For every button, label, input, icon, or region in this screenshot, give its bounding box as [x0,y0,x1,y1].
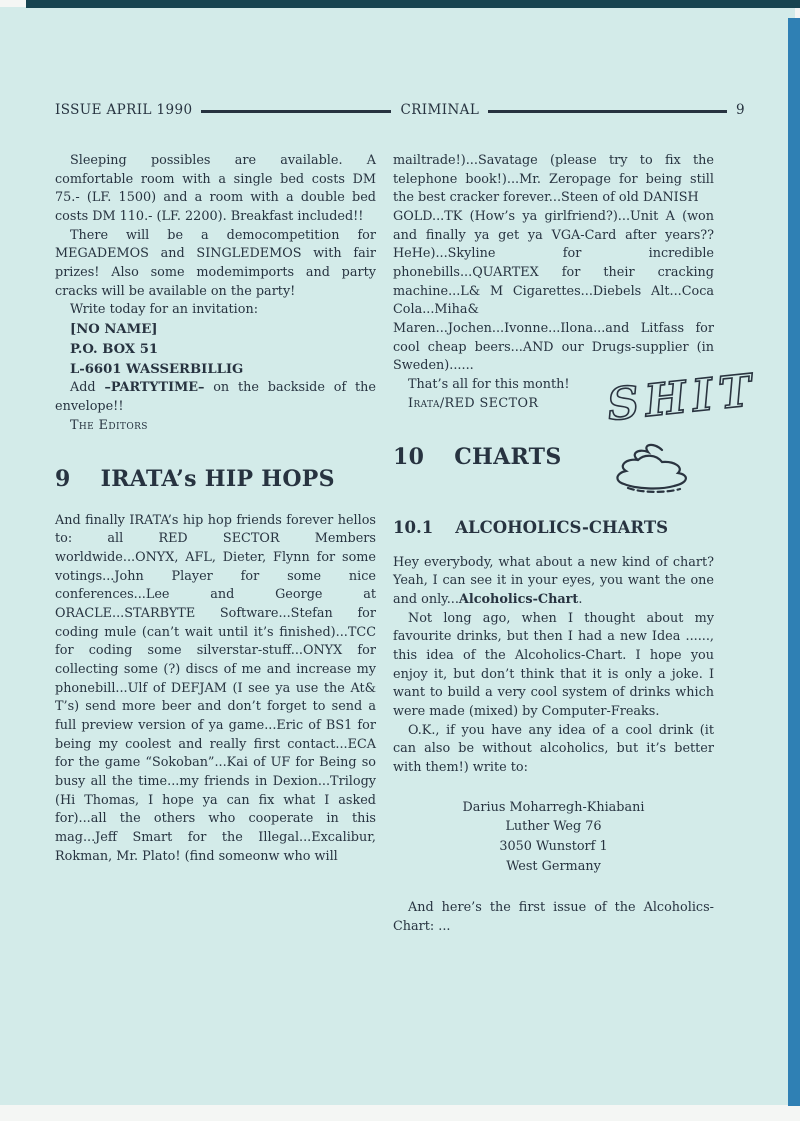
header-rule-left [201,110,391,113]
section-heading-hiphops: 9IRATA’s HIP HOPS [55,463,376,495]
section-number: 9 [55,466,71,492]
section-title: IRATA’s HIP HOPS [101,466,335,492]
charts-section-title: CHARTS [454,444,561,470]
running-header: ISSUE APRIL 1990 CRIMINAL 9 [55,102,745,118]
address-line-city: L-6601 WASSERBILLIG [70,360,376,380]
paragraph-ok-write-to: O.K., if you have any idea of a cool dri… [393,722,714,778]
address-line-name: [NO NAME] [70,320,376,340]
mail-address-name: Darius Moharregh-Khiabani [393,798,714,818]
paragraph-democompetition: There will be a democompetition for MEGA… [55,227,376,302]
header-magazine-title: CRIMINAL [400,102,479,118]
page-top-edge-bar [26,0,800,8]
shit-graffiti-text: SHIT [605,365,760,431]
page-right-edge-strip [788,18,800,1106]
page-content: ISSUE APRIL 1990 CRIMINAL 9 Sleeping pos… [55,102,715,936]
paragraph-sleeping: Sleeping possibles are available. A comf… [55,152,376,227]
paragraph-hiphop-greetings: And finally IRATA’s hip hop friends fore… [55,512,376,867]
header-issue-label: ISSUE APRIL 1990 [55,102,192,118]
alcochart-bold: Alcoholics-Chart [459,592,578,607]
header-rule-right [488,110,727,113]
party-address-block: [NO NAME] P.O. BOX 51 L-6601 WASSERBILLI… [70,320,376,379]
paragraph-first-issue: And here’s the first issue of the Alcoho… [393,899,714,936]
partytime-note: Add –PARTYTIME– on the backside of the e… [55,379,376,416]
paragraph-greetings-continued-b: GOLD...TK (How’s ya girlfriend?)...Unit … [393,208,714,376]
paragraph-not-long-ago: Not long ago, when I thought about my fa… [393,610,714,722]
subsection-number: 10.1 [393,518,433,537]
charts-section-number: 10 [393,444,424,470]
mail-address-street: Luther Weg 76 [393,817,714,837]
alcochart-post: . [578,592,582,607]
mail-address-city: 3050 Wunstorf 1 [393,837,714,857]
signoff-block: That’s all for this month! Irata/RED SEC… [393,376,714,413]
mail-address-block: Darius Moharregh-Khiabani Luther Weg 76 … [393,798,714,877]
mail-address-country: West Germany [393,857,714,877]
right-column: mailtrade!)...Savatage (please try to fi… [393,152,714,936]
poop-doodle-icon [608,440,700,498]
editors-signature: The Editors [70,417,376,436]
partytime-pre: Add [70,380,104,395]
section-heading-charts: 10CHARTS [393,441,562,473]
left-column: Sleeping possibles are available. A comf… [55,152,376,936]
header-page-number: 9 [736,102,745,118]
paragraph-hey-everybody: Hey everybody, what about a new kind of … [393,554,714,610]
partytime-bold: –PARTYTIME– [104,380,204,395]
two-column-layout: Sleeping possibles are available. A comf… [55,152,715,936]
subsection-title: ALCOHOLICS-CHARTS [455,518,668,537]
address-line-pobox: P.O. BOX 51 [70,340,376,360]
paragraph-greetings-continued-a: mailtrade!)...Savatage (please try to fi… [393,152,714,208]
subsection-heading-alcoholics: 10.1ALCOHOLICS-CHARTS [393,516,714,540]
invitation-line: Write today for an invitation: [55,301,376,320]
